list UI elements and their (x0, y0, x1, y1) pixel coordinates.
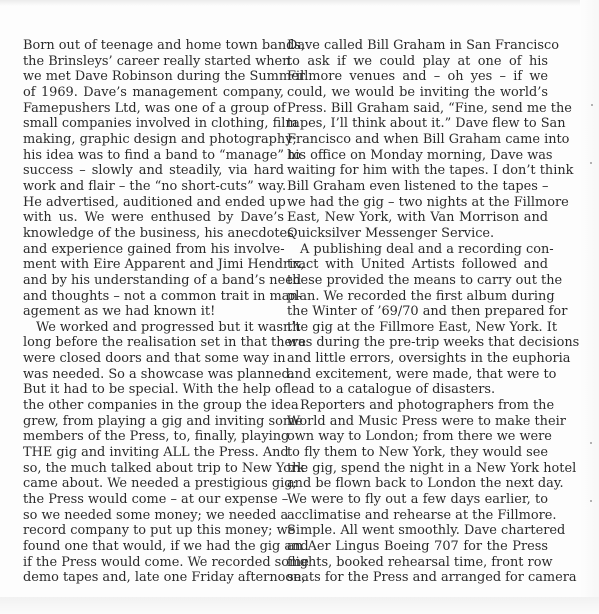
text-line: A publishing deal and a recording con- (287, 242, 548, 258)
paragraph: Born out of teenage and home town bands,… (23, 38, 284, 320)
scan-speck (590, 500, 592, 502)
paragraph: We worked and progressed but it wasn’tlo… (23, 320, 284, 586)
text-line: the Brinsleys’ career really started whe… (23, 54, 284, 70)
text-line: World and Music Press were to make their (287, 414, 548, 430)
document-page: Born out of teenage and home town bands,… (23, 38, 578, 586)
text-line: But it had to be special. With the help … (23, 382, 284, 398)
text-line: He advertised, auditioned and ended up (23, 195, 284, 211)
text-line: the gig, spend the night in a New York h… (287, 461, 548, 477)
text-line: with us. We were enthused by Dave’s (23, 210, 284, 226)
text-line: acclimatise and rehearse at the Fillmore… (287, 508, 548, 524)
text-line: knowledge of the business, his anecdotes (23, 226, 284, 242)
text-line: were closed doors and that some way in (23, 351, 284, 367)
text-line: came about. We needed a prestigious gig; (23, 476, 284, 492)
text-column-left: Born out of teenage and home town bands,… (23, 38, 284, 586)
text-line: Francisco and when Bill Graham came into (287, 132, 548, 148)
text-line: was during the pre-trip weeks that decis… (287, 335, 548, 351)
text-line: his idea was to find a band to “manage” … (23, 148, 284, 164)
text-column-right: Dave called Bill Graham in San Francisco… (287, 38, 548, 586)
text-line: the Winter of ’69/70 and then prepared f… (287, 304, 548, 320)
text-line: small companies involved in clothing, fi… (23, 116, 284, 132)
text-line: to ask if we could play at one of his (287, 54, 548, 70)
text-line: making, graphic design and photography; (23, 132, 284, 148)
text-line: demo tapes and, late one Friday afternoo… (23, 570, 284, 586)
text-line: the other companies in the group the ide… (23, 398, 284, 414)
paragraph: A publishing deal and a recording con-tr… (287, 242, 548, 399)
text-line: Dave called Bill Graham in San Francisco (287, 38, 548, 54)
text-line: so, the much talked about trip to New Yo… (23, 461, 284, 477)
text-line: Quicksilver Messenger Service. (287, 226, 548, 242)
text-line: these provided the means to carry out th… (287, 273, 548, 289)
text-line: long before the realisation set in that … (23, 335, 284, 351)
text-line: and be flown back to London the next day… (287, 476, 548, 492)
text-line: the gig at the Fillmore East, New York. … (287, 320, 548, 336)
paragraph: Reporters and photographers from theWorl… (287, 398, 548, 586)
text-line: Bill Graham even listened to the tapes – (287, 179, 548, 195)
page-top-edge (0, 0, 599, 6)
text-line: we met Dave Robinson during the Summer (23, 69, 284, 85)
text-line: and excitement, were made, that were to (287, 367, 548, 383)
text-line: flights, booked rehearsal time, front ro… (287, 555, 548, 571)
text-line: Famepushers Ltd, was one of a group of (23, 101, 284, 117)
text-line: and experience gained from his involve- (23, 242, 284, 258)
text-line: so we needed some money; we needed a (23, 508, 284, 524)
paragraph: Dave called Bill Graham in San Francisco… (287, 38, 548, 242)
text-line: record company to put up this money; we (23, 523, 284, 539)
text-line: work and flair – the “no short-cuts” way… (23, 179, 284, 195)
text-line: seats for the Press and arranged for cam… (287, 570, 548, 586)
text-line: success – slowly and steadily, via hard (23, 163, 284, 179)
text-line: and by his understanding of a band’s nee… (23, 273, 284, 289)
text-line: lead to a catalogue of disasters. (287, 382, 548, 398)
text-line: plan. We recorded the first album during (287, 289, 548, 305)
page-bottom-edge (0, 597, 599, 614)
text-line: East, New York, with Van Morrison and (287, 210, 548, 226)
text-line: Reporters and photographers from the (287, 398, 548, 414)
text-line: ment with Eire Apparent and Jimi Hendrix… (23, 257, 284, 273)
text-line: and thoughts – not a common trait in man… (23, 289, 284, 305)
text-line: We worked and progressed but it wasn’t (23, 320, 284, 336)
text-line: Fillmore venues and – oh yes – if we (287, 69, 548, 85)
text-line: members of the Press, to, finally, playi… (23, 429, 284, 445)
scan-speck (590, 162, 592, 164)
text-line: the Press would come – at our expense – (23, 492, 284, 508)
text-line: found one that would, if we had the gig … (23, 539, 284, 555)
text-line: We were to fly out a few days earlier, t… (287, 492, 548, 508)
text-line: could, we would be inviting the world’s (287, 85, 548, 101)
text-line: own way to London; from there we were (287, 429, 548, 445)
scan-speck (590, 442, 592, 444)
text-line: agement as we had known it! (23, 304, 284, 320)
text-line: waiting for him with the tapes. I don’t … (287, 163, 548, 179)
text-line: his office on Monday morning, Dave was (287, 148, 548, 164)
text-line: if the Press would come. We recorded som… (23, 555, 284, 571)
scan-speck (591, 104, 593, 106)
text-line: was needed. So a showcase was planned. (23, 367, 284, 383)
text-line: grew, from playing a gig and inviting so… (23, 414, 284, 430)
text-line: to fly them to New York, they would see (287, 445, 548, 461)
text-line: of 1969. Dave’s management company, (23, 85, 284, 101)
text-line: Simple. All went smoothly. Dave chartere… (287, 523, 548, 539)
text-line: and little errors, oversights in the eup… (287, 351, 548, 367)
text-line: Press. Bill Graham said, “Fine, send me … (287, 101, 548, 117)
text-line: Born out of teenage and home town bands, (23, 38, 284, 54)
text-line: an Aer Lingus Boeing 707 for the Press (287, 539, 548, 555)
page-right-margin (580, 0, 599, 614)
text-line: we had the gig – two nights at the Fillm… (287, 195, 548, 211)
text-line: tract with United Artists followed and (287, 257, 548, 273)
text-line: tapes, I’ll think about it.” Dave flew t… (287, 116, 548, 132)
text-line: THE gig and inviting ALL the Press. And (23, 445, 284, 461)
